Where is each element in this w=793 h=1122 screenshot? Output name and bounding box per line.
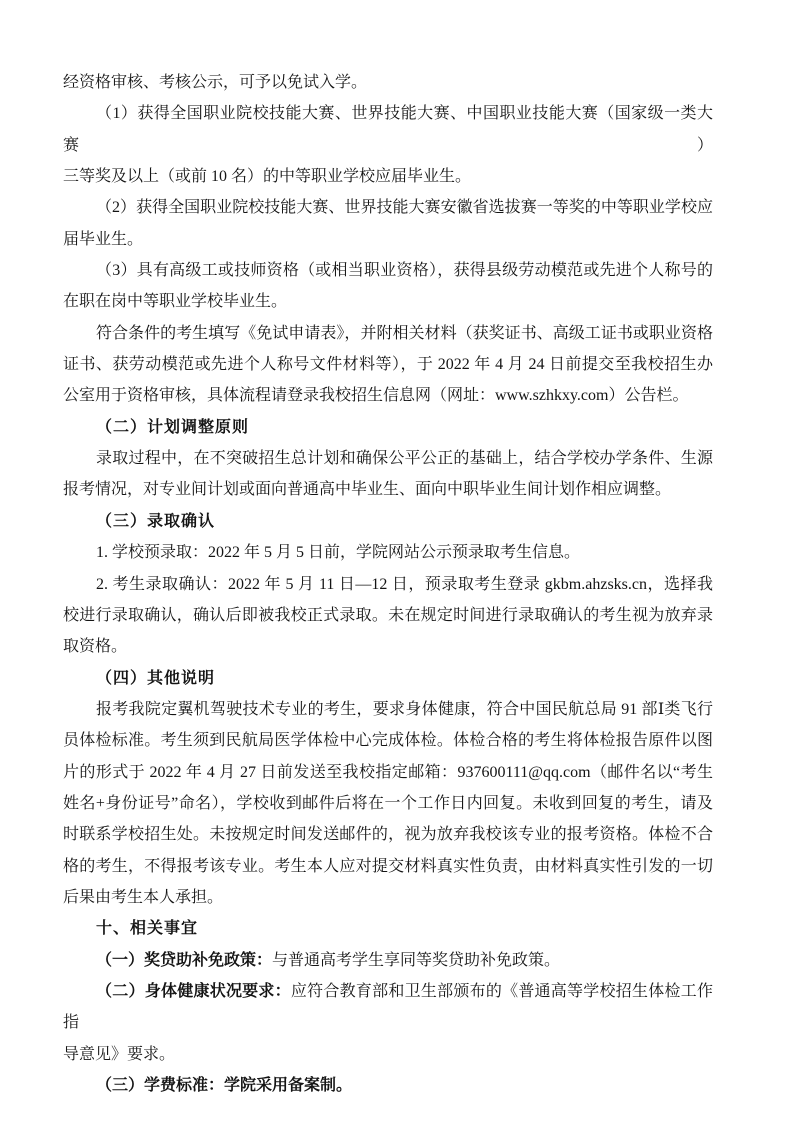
text-line: （三）录取确认 (63, 506, 713, 537)
text-line: 三等奖及以上（或前 10 名）的中等职业学校应届毕业生。 (63, 161, 713, 192)
text-segment: 片的形式于 2022 年 4 月 27 日前发送至我校指定邮箱：93760011… (63, 764, 713, 781)
text-line: （3）具有高级工或技师资格（或相当职业资格），获得县级劳动模范或先进个人称号的 (63, 255, 713, 286)
text-line: （四）其他说明 (63, 663, 713, 694)
section-heading: （三）录取确认 (63, 506, 713, 537)
text-line: （三）学费标准：学院采用备案制。 (63, 1070, 713, 1101)
text-segment: 员体检标准。考生须到民航局医学体检中心完成体检。体检合格的考生将体检报告原件以图 (63, 732, 713, 749)
text-segment: 公室用于资格审核，具体流程请登录我校招生信息网（网址：www.szhkxy.co… (63, 387, 688, 404)
text-segment: 经资格审核、考核公示，可予以免试入学。 (63, 74, 367, 91)
paragraph: 经资格审核、考核公示，可予以免试入学。 (63, 67, 713, 98)
text-segment: 报考情况，对专业间计划或面向普通高中毕业生、面向中职毕业生间计划作相应调整。 (63, 481, 671, 498)
text-segment: 姓名+身份证号”命名），学校收到邮件后将在一个工作日内回复。未收到回复的考生，请… (63, 795, 713, 812)
paragraph: 1. 学校预录取：2022 年 5 月 5 日前，学院网站公示预录取考生信息。 (63, 537, 713, 568)
text-line: 符合条件的考生填写《免试申请表》，并附相关材料（获奖证书、高级工证书或职业资格 (63, 318, 713, 349)
text-line: （2）获得全国职业院校技能大赛、世界技能大赛安徽省选拔赛一等奖的中等职业学校应 (63, 192, 713, 223)
paragraph: （3）具有高级工或技师资格（或相当职业资格），获得县级劳动模范或先进个人称号的在… (63, 255, 713, 318)
text-segment: 三等奖及以上（或前 10 名）的中等职业学校应届毕业生。 (63, 168, 471, 185)
bold-text-segment: （四）其他说明 (96, 670, 215, 687)
text-line: （二）身体健康状况要求：应符合教育部和卫生部颁布的《普通高等学校招生体检工作指 (63, 976, 713, 1039)
paragraph: 2. 考生录取确认：2022 年 5 月 11 日—12 日，预录取考生登录 g… (63, 569, 713, 663)
text-segment: （3）具有高级工或技师资格（或相当职业资格），获得县级劳动模范或先进个人称号的 (96, 262, 713, 279)
text-line: 在职在岗中等职业学校毕业生。 (63, 286, 713, 317)
text-line: 届毕业生。 (63, 224, 713, 255)
text-line: 后果由考生本人承担。 (63, 882, 713, 913)
text-line: 校进行录取确认，确认后即被我校正式录取。未在规定时间进行录取确认的考生视为放弃录 (63, 600, 713, 631)
bold-text-segment: 十、相关事宜 (96, 920, 198, 937)
paragraph: （一）奖贷助补免政策：与普通高考学生享同等奖贷助补免政策。 (63, 945, 713, 976)
text-segment: 证书、获劳动模范或先进个人称号文件材料等），于 2022 年 4 月 24 日前… (63, 356, 713, 373)
text-line: 取资格。 (63, 631, 713, 662)
text-segment: 录取过程中，在不突破招生总计划和确保公平公正的基础上，结合学校办学条件、生源 (96, 450, 713, 467)
document-text-block: 经资格审核、考核公示，可予以免试入学。（1）获得全国职业院校技能大赛、世界技能大… (63, 67, 713, 1101)
text-line: （1）获得全国职业院校技能大赛、世界技能大赛、中国职业技能大赛（国家级一类大赛） (63, 98, 713, 161)
bold-text-segment: （三）学费标准：学院采用备案制。 (96, 1077, 352, 1094)
text-line: 员体检标准。考生须到民航局医学体检中心完成体检。体检合格的考生将体检报告原件以图 (63, 725, 713, 756)
text-segment: 报考我院定翼机驾驶技术专业的考生，要求身体健康，符合中国民航总局 91 部Ⅰ类飞… (96, 701, 713, 718)
paragraph: 符合条件的考生填写《免试申请表》，并附相关材料（获奖证书、高级工证书或职业资格证… (63, 318, 713, 412)
text-segment: 后果由考生本人承担。 (63, 889, 223, 906)
text-segment: （1）获得全国职业院校技能大赛、世界技能大赛、中国职业技能大赛（国家级一类大赛） (63, 105, 713, 153)
paragraph: （2）获得全国职业院校技能大赛、世界技能大赛安徽省选拔赛一等奖的中等职业学校应届… (63, 192, 713, 255)
text-line: 格的考生，不得报考该专业。考生本人应对提交材料真实性负责，由材料真实性引发的一切 (63, 851, 713, 882)
text-segment: 导意见》要求。 (63, 1046, 175, 1063)
text-segment: 取资格。 (63, 638, 127, 655)
text-segment: 在职在岗中等职业学校毕业生。 (63, 293, 287, 310)
bold-text-segment: （一）奖贷助补免政策： (96, 952, 272, 969)
text-line: 公室用于资格审核，具体流程请登录我校招生信息网（网址：www.szhkxy.co… (63, 380, 713, 411)
text-line: 报考情况，对专业间计划或面向普通高中毕业生、面向中职毕业生间计划作相应调整。 (63, 474, 713, 505)
bold-text-segment: （二）计划调整原则 (96, 419, 249, 436)
document-page: 经资格审核、考核公示，可予以免试入学。（1）获得全国职业院校技能大赛、世界技能大… (0, 0, 793, 1122)
text-line: 1. 学校预录取：2022 年 5 月 5 日前，学院网站公示预录取考生信息。 (63, 537, 713, 568)
text-line: 片的形式于 2022 年 4 月 27 日前发送至我校指定邮箱：93760011… (63, 757, 713, 788)
text-line: 导意见》要求。 (63, 1039, 713, 1070)
text-segment: 届毕业生。 (63, 231, 143, 248)
text-line: 证书、获劳动模范或先进个人称号文件材料等），于 2022 年 4 月 24 日前… (63, 349, 713, 380)
text-segment: 符合条件的考生填写《免试申请表》，并附相关材料（获奖证书、高级工证书或职业资格 (96, 325, 713, 342)
text-line: 报考我院定翼机驾驶技术专业的考生，要求身体健康，符合中国民航总局 91 部Ⅰ类飞… (63, 694, 713, 725)
text-line: （一）奖贷助补免政策：与普通高考学生享同等奖贷助补免政策。 (63, 945, 713, 976)
paragraph: 录取过程中，在不突破招生总计划和确保公平公正的基础上，结合学校办学条件、生源报考… (63, 443, 713, 506)
section-heading: （二）计划调整原则 (63, 412, 713, 443)
text-segment: 与普通高考学生享同等奖贷助补免政策。 (272, 952, 560, 969)
text-line: 经资格审核、考核公示，可予以免试入学。 (63, 67, 713, 98)
paragraph: （1）获得全国职业院校技能大赛、世界技能大赛、中国职业技能大赛（国家级一类大赛）… (63, 98, 713, 192)
bold-text-segment: （二）身体健康状况要求： (96, 983, 291, 1000)
text-segment: 格的考生，不得报考该专业。考生本人应对提交材料真实性负责，由材料真实性引发的一切 (63, 858, 713, 875)
text-line: 2. 考生录取确认：2022 年 5 月 11 日—12 日，预录取考生登录 g… (63, 569, 713, 600)
text-segment: 1. 学校预录取：2022 年 5 月 5 日前，学院网站公示预录取考生信息。 (96, 544, 580, 561)
text-line: 十、相关事宜 (63, 913, 713, 944)
section-heading: 十、相关事宜 (63, 913, 713, 944)
text-segment: （2）获得全国职业院校技能大赛、世界技能大赛安徽省选拔赛一等奖的中等职业学校应 (96, 199, 713, 216)
text-segment: 校进行录取确认，确认后即被我校正式录取。未在规定时间进行录取确认的考生视为放弃录 (63, 607, 713, 624)
text-line: 姓名+身份证号”命名），学校收到邮件后将在一个工作日内回复。未收到回复的考生，请… (63, 788, 713, 819)
text-line: 录取过程中，在不突破招生总计划和确保公平公正的基础上，结合学校办学条件、生源 (63, 443, 713, 474)
section-heading: （四）其他说明 (63, 663, 713, 694)
paragraph: （二）身体健康状况要求：应符合教育部和卫生部颁布的《普通高等学校招生体检工作指导… (63, 976, 713, 1070)
paragraph: 报考我院定翼机驾驶技术专业的考生，要求身体健康，符合中国民航总局 91 部Ⅰ类飞… (63, 694, 713, 913)
text-segment: 时联系学校招生处。未按规定时间发送邮件的，视为放弃我校该专业的报考资格。体检不合 (63, 826, 713, 843)
text-segment: 2. 考生录取确认：2022 年 5 月 11 日—12 日，预录取考生登录 g… (96, 576, 713, 593)
bold-text-segment: （三）录取确认 (96, 513, 215, 530)
text-line: 时联系学校招生处。未按规定时间发送邮件的，视为放弃我校该专业的报考资格。体检不合 (63, 819, 713, 850)
text-line: （二）计划调整原则 (63, 412, 713, 443)
paragraph: （三）学费标准：学院采用备案制。 (63, 1070, 713, 1101)
